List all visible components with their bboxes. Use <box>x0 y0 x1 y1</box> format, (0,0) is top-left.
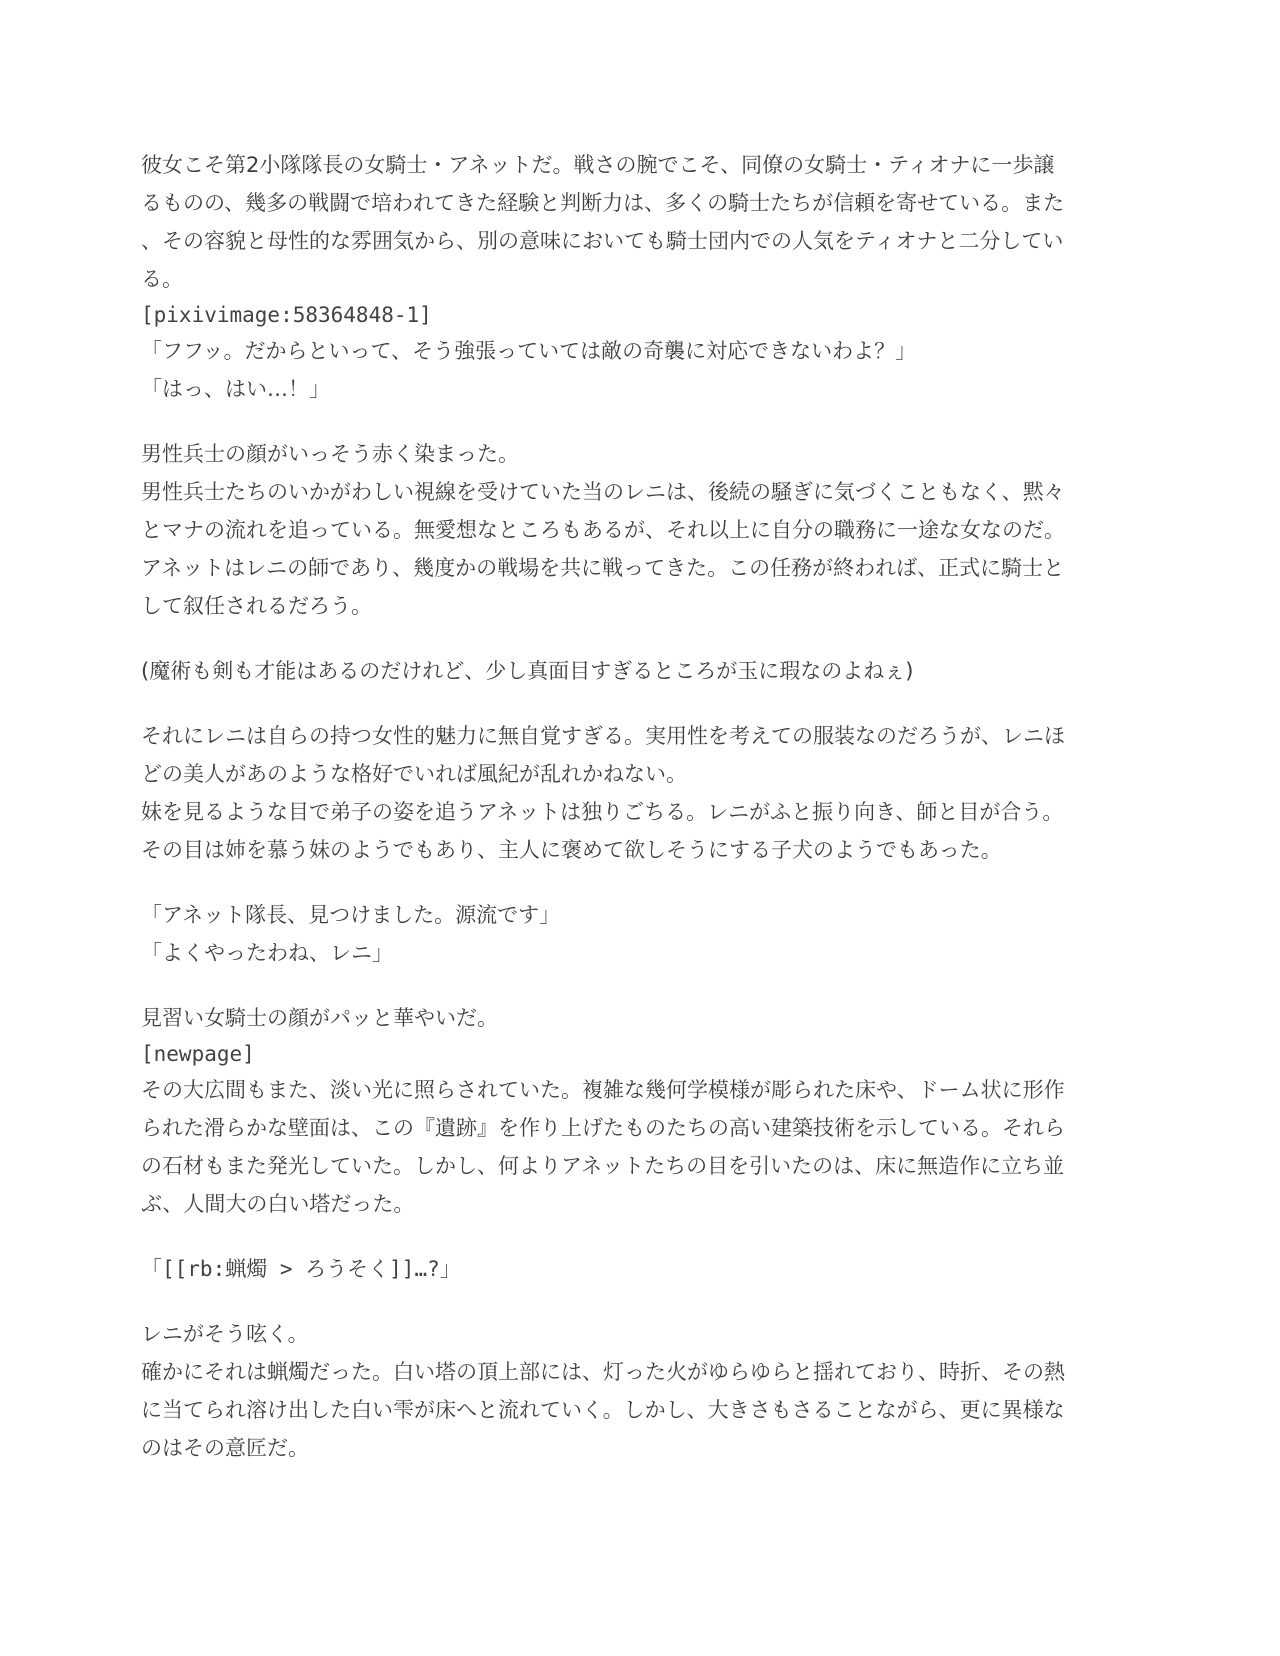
text-line: に当てられ溶け出した白い雫が床へと流れていく。しかし、大きさもさることながら、更… <box>141 1391 1077 1429</box>
paragraph: 「アネット隊長、見つけました。源流です」「よくやったわね、レニ」 <box>141 896 1077 972</box>
paragraph: それにレニは自らの持つ女性的魅力に無自覚すぎる。実用性を考えての服装なのだろうが… <box>141 717 1077 869</box>
text-line: それにレニは自らの持つ女性的魅力に無自覚すぎる。実用性を考えての服装なのだろうが… <box>141 717 1077 755</box>
text-segment: (魔術も剣も才能はあるのだけれど、少し真面目すぎるところが玉に瑕なのよねぇ) <box>141 659 913 683</box>
paragraph: 彼女こそ第2小隊隊長の女騎士・アネットだ。戦さの腕でこそ、同僚の女騎士・ティオナ… <box>141 146 1077 408</box>
text-segment: のはその意匠だ。 <box>141 1436 309 1460</box>
text-segment: 「フフッ。だからといって、そう強張っていては敵の奇襲に対応できないわよ？」 <box>141 339 916 363</box>
text-line: 「はっ、はい…！」 <box>141 370 1077 408</box>
text-line: 彼女こそ第2小隊隊長の女騎士・アネットだ。戦さの腕でこそ、同僚の女騎士・ティオナ… <box>141 146 1077 184</box>
text-segment: それにレニは自らの持つ女性的魅力に無自覚すぎる。実用性を考えての服装なのだろうが… <box>141 724 1065 748</box>
paragraph: 見習い女騎士の顔がパッと華やいだ。[newpage]その大広間もまた、淡い光に照… <box>141 999 1077 1223</box>
text-segment: その大広間もまた、淡い光に照らされていた。複雑な幾何学模様が彫られた床や、ドーム… <box>141 1078 1065 1102</box>
text-line: アネットはレニの師であり、幾度かの戦場を共に戦ってきた。この任務が終われば、正式… <box>141 549 1077 587</box>
text-line: 妹を見るような目で弟子の姿を追うアネットは独りごちる。レニがふと振り向き、師と目… <box>141 793 1077 831</box>
text-segment: その目は姉を慕う妹のようでもあり、主人に褒めて欲しそうにする子犬のようでもあった… <box>141 838 1002 862</box>
markup-tag: ]]…? <box>389 1257 440 1281</box>
text-line: 確かにそれは蝋燭だった。白い塔の頂上部には、灯った火がゆらゆらと揺れており、時折… <box>141 1353 1077 1391</box>
text-segment: して叙任されるだろう。 <box>141 594 372 618</box>
text-line: られた滑らかな壁面は、この『遺跡』を作り上げたものたちの高い建築技術を示している… <box>141 1109 1077 1147</box>
text-line: るものの、幾多の戦闘で培われてきた経験と判断力は、多くの騎士たちが信頼を寄せてい… <box>141 184 1077 222</box>
text-segment: る。 <box>141 267 183 291</box>
paragraph: (魔術も剣も才能はあるのだけれど、少し真面目すぎるところが玉に瑕なのよねぇ) <box>141 652 1077 690</box>
text-line: 、その容貌と母性的な雰囲気から、別の意味においても騎士団内での人気をティオナと二… <box>141 222 1077 260</box>
markup-tag: > <box>267 1257 305 1281</box>
text-line: 見習い女騎士の顔がパッと華やいだ。 <box>141 999 1077 1037</box>
text-segment: とマナの流れを追っている。無愛想なところもあるが、それ以上に自分の職務に一途な女… <box>141 518 1065 542</box>
text-line: る。 <box>141 260 1077 298</box>
text-line: 「[[rb:蝋燭 > ろうそく]]…?」 <box>141 1250 1077 1288</box>
text-segment: るものの、幾多の戦闘で培われてきた経験と判断力は、多くの騎士たちが信頼を寄せてい… <box>141 191 1064 215</box>
text-segment: られた滑らかな壁面は、この『遺跡』を作り上げたものたちの高い建築技術を示している… <box>141 1116 1065 1140</box>
text-line: 「よくやったわね、レニ」 <box>141 934 1077 972</box>
text-segment: アネットはレニの師であり、幾度かの戦場を共に戦ってきた。この任務が終われば、正式… <box>141 556 1064 580</box>
text-line: して叙任されるだろう。 <box>141 587 1077 625</box>
text-segment: レニがそう呟く。 <box>141 1322 309 1346</box>
text-line: の石材もまた発光していた。しかし、何よりアネットたちの目を引いたのは、床に無造作… <box>141 1147 1077 1185</box>
text-segment: 男性兵士の顔がいっそう赤く染まった。 <box>141 442 519 466</box>
text-line: のはその意匠だ。 <box>141 1429 1077 1467</box>
text-line: [pixivimage:58364848-1] <box>141 298 1077 332</box>
text-line: 男性兵士たちのいかがわしい視線を受けていた当のレニは、後続の騒ぎに気づくこともな… <box>141 473 1077 511</box>
text-line: 「フフッ。だからといって、そう強張っていては敵の奇襲に対応できないわよ？」 <box>141 332 1077 370</box>
markup-tag: [pixivimage:58364848-1] <box>141 303 432 327</box>
markup-tag: [newpage] <box>141 1042 255 1066</box>
text-segment: 確かにそれは蝋燭だった。白い塔の頂上部には、灯った火がゆらゆらと揺れており、時折… <box>141 1360 1065 1384</box>
text-segment: 妹を見るような目で弟子の姿を追うアネットは独りごちる。レニがふと振り向き、師と目… <box>141 800 1063 824</box>
novel-text: 彼女こそ第2小隊隊長の女騎士・アネットだ。戦さの腕でこそ、同僚の女騎士・ティオナ… <box>141 146 1077 1467</box>
text-segment: 「アネット隊長、見つけました。源流です」 <box>141 903 560 927</box>
text-segment: 「はっ、はい…！」 <box>141 377 330 401</box>
text-line: その大広間もまた、淡い光に照らされていた。複雑な幾何学模様が彫られた床や、ドーム… <box>141 1071 1077 1109</box>
text-line: どの美人があのような格好でいれば風紀が乱れかねない。 <box>141 755 1077 793</box>
text-segment: 見習い女騎士の顔がパッと華やいだ。 <box>141 1006 498 1030</box>
text-segment: ろうそく <box>305 1257 389 1281</box>
text-line: 「アネット隊長、見つけました。源流です」 <box>141 896 1077 934</box>
text-line: とマナの流れを追っている。無愛想なところもあるが、それ以上に自分の職務に一途な女… <box>141 511 1077 549</box>
text-segment: 「よくやったわね、レニ」 <box>141 941 393 965</box>
page: 彼女こそ第2小隊隊長の女騎士・アネットだ。戦さの腕でこそ、同僚の女騎士・ティオナ… <box>0 0 1280 1656</box>
paragraph: 「[[rb:蝋燭 > ろうそく]]…?」 <box>141 1250 1077 1288</box>
text-line: 男性兵士の顔がいっそう赤く染まった。 <box>141 435 1077 473</box>
markup-tag: [[rb: <box>162 1257 225 1281</box>
text-segment: 「 <box>141 1257 162 1281</box>
text-segment: 、その容貌と母性的な雰囲気から、別の意味においても騎士団内での人気をティオナと二… <box>141 229 1063 253</box>
text-segment: 蝋燭 <box>225 1257 267 1281</box>
text-line: ぶ、人間大の白い塔だった。 <box>141 1185 1077 1223</box>
text-segment: 彼女こそ第2小隊隊長の女騎士・アネットだ。戦さの腕でこそ、同僚の女騎士・ティオナ… <box>141 153 1054 177</box>
text-line: その目は姉を慕う妹のようでもあり、主人に褒めて欲しそうにする子犬のようでもあった… <box>141 831 1077 869</box>
text-segment: 」 <box>440 1257 461 1281</box>
text-segment: ぶ、人間大の白い塔だった。 <box>141 1192 414 1216</box>
text-line: (魔術も剣も才能はあるのだけれど、少し真面目すぎるところが玉に瑕なのよねぇ) <box>141 652 1077 690</box>
text-line: レニがそう呟く。 <box>141 1315 1077 1353</box>
text-segment: に当てられ溶け出した白い雫が床へと流れていく。しかし、大きさもさることながら、更… <box>141 1398 1065 1422</box>
paragraph: 男性兵士の顔がいっそう赤く染まった。男性兵士たちのいかがわしい視線を受けていた当… <box>141 435 1077 625</box>
text-segment: どの美人があのような格好でいれば風紀が乱れかねない。 <box>141 762 687 786</box>
text-segment: 男性兵士たちのいかがわしい視線を受けていた当のレニは、後続の騒ぎに気づくこともな… <box>141 480 1065 504</box>
text-segment: の石材もまた発光していた。しかし、何よりアネットたちの目を引いたのは、床に無造作… <box>141 1154 1064 1178</box>
text-line: [newpage] <box>141 1037 1077 1071</box>
paragraph: レニがそう呟く。確かにそれは蝋燭だった。白い塔の頂上部には、灯った火がゆらゆらと… <box>141 1315 1077 1467</box>
